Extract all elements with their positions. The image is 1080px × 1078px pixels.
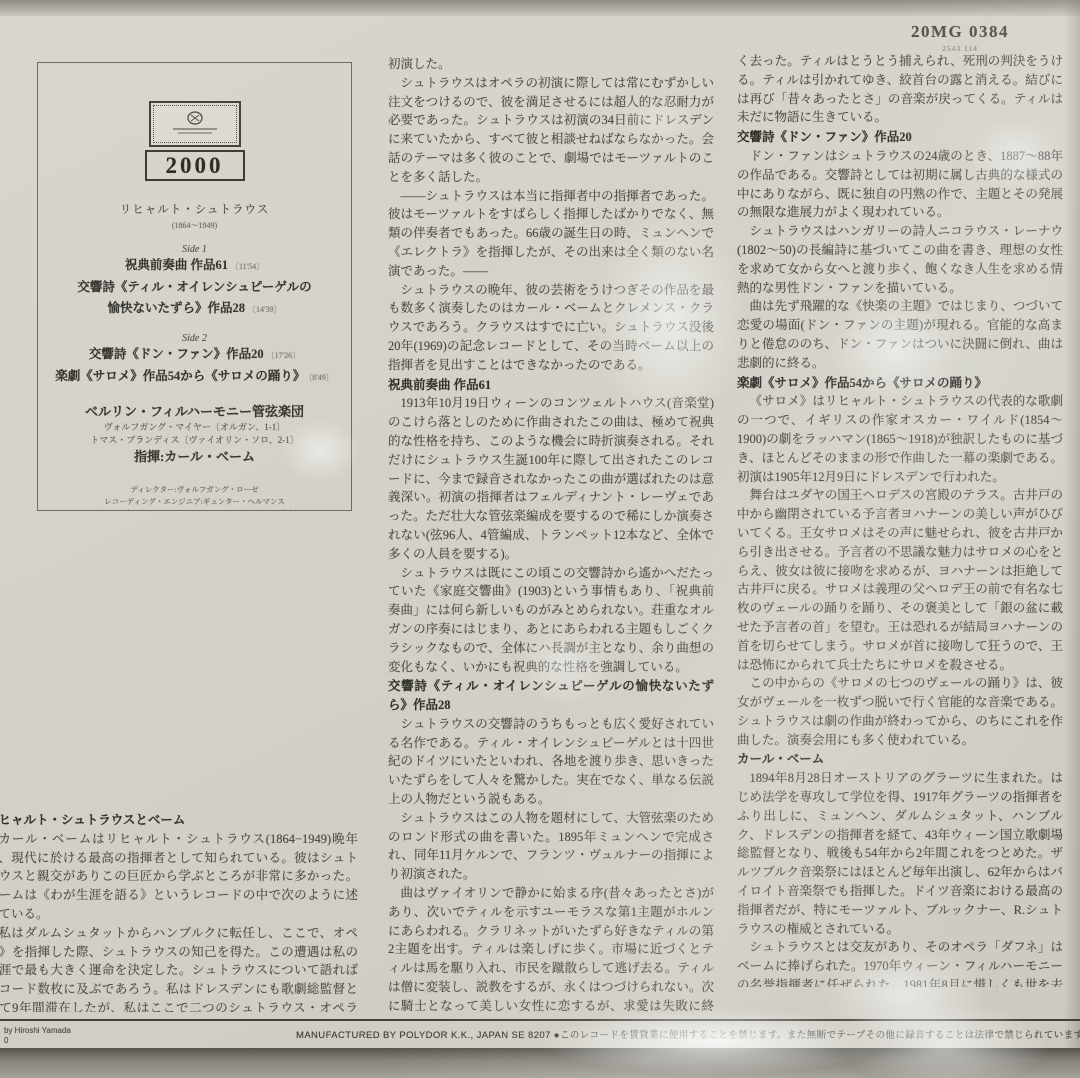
performer-list: ベルリン・フィルハーモニー管弦楽団ヴォルフガング・マイヤー〔オルガン、1-1〕ト… <box>38 402 351 466</box>
liner-notes-line: リヒャルト・シュトラウスとベーム <box>0 810 358 830</box>
liner-notes-line: 初演した。 <box>388 55 714 74</box>
performer-line: ベルリン・フィルハーモニー管弦楽団 <box>38 402 351 421</box>
liner-notes-line: 曲はヴァイオリンで静かに始まる序(昔々あったとさ)があり、次いでティルを示すユー… <box>388 884 714 1012</box>
track-title: 愉快ないたずら》作品28〔14'39〕 <box>38 298 351 320</box>
record-back-cover: 20MG 0384 2543 114 2000 <box>0 0 1080 1078</box>
liner-notes-line: ——シュトラウスは本当に指揮者中の指揮者であった。彼はモーツァルトをすばらしく指… <box>388 187 714 281</box>
liner-notes-column-middle: 初演した。シュトラウスはオペラの初演に際しては常にむずかしい注文をつけるので、彼… <box>388 55 714 1012</box>
track-title: 祝典前奏曲 作品61〔11'54〕 <box>38 255 351 277</box>
liner-notes-line: 交響詩《ティル・オイレンシュピーゲルの愉快ないたずら》作品28 <box>388 676 714 715</box>
credit-line: ディレクター:ヴォルフガング・ローゼ <box>38 484 351 496</box>
liner-notes-line: 祝典前奏曲 作品61 <box>388 375 714 395</box>
liner-notes-line: 1913年10月19日ウィーンのコンツェルトハウス(音楽堂)のこけら落としのため… <box>388 394 714 563</box>
liner-notes-line: シュトラウスとは交友があり、そのオペラ「ダフネ」はベームに捧げられた。1970年… <box>737 938 1063 987</box>
catalog-block: 20MG 0384 2543 114 <box>880 22 1040 53</box>
liner-notes-line: 曲は先ず飛躍的な《快楽の主題》ではじまり、つづいて恋愛の場面(ドン・ファンの主題… <box>737 297 1063 372</box>
credit-line: レコーディング・エンジニア:ギュンター・ヘルマンス <box>38 496 351 508</box>
liner-notes-line: 私はダルムシュタットからハンブルクに転任し、ここで、オペラ》を指揮した際、シュト… <box>0 924 358 1012</box>
liner-notes-line: ドン・ファンはシュトラウスの24歳のとき、1887〜88年の作品である。交響詩と… <box>737 147 1063 222</box>
credit-line: 録音:1963年4月29〜30日、ベルリン、イエス・キリスト教会 <box>38 508 351 511</box>
sleeve-bottom-edge <box>0 1048 1080 1078</box>
dg-emblem-icon <box>153 105 237 143</box>
printed-content: 20MG 0384 2543 114 2000 <box>0 0 1080 1078</box>
footer-divider-rule <box>0 1019 1080 1021</box>
liner-notes-line: シュトラウスはハンガリーの詩人ニコラウス・レーナウ(1802〜50)の長編詩に基… <box>737 222 1063 297</box>
liner-notes-line: シュトラウスはオペラの初演に際しては常にむずかしい注文をつけるので、彼を満足させ… <box>388 74 714 187</box>
liner-notes-column-right: く去った。ティルはとうとう捕えられ、死刑の判決をうける。ティルは引かれてゆき、絞… <box>737 52 1063 987</box>
artist-name: リヒャルト・シュトラウス <box>38 201 351 217</box>
liner-notes-line: 交響詩《ドン・ファン》作品20 <box>737 127 1063 147</box>
liner-notes-line: カール・ベーム <box>737 749 1063 769</box>
liner-notes-line: シュトラウスはこの人物を題材にして、大管弦楽のためのロンド形式の曲を書いた。18… <box>388 809 714 884</box>
liner-notes-line: 楽劇《サロメ》作品54から《サロメの踊り》 <box>737 373 1063 393</box>
series-2000-mark: 2000 <box>145 150 245 181</box>
liner-notes-line: シュトラウスは既にこの頃この交響詩から遙かへだたっていた《家庭交響曲》(1903… <box>388 564 714 677</box>
liner-notes-line: く去った。ティルはとうとう捕えられ、死刑の判決をうける。ティルは引かれてゆき、絞… <box>737 52 1063 127</box>
liner-notes-line: 《サロメ》はリヒャルト・シュトラウスの代表的な歌劇の一つで、イギリスの作家オスカ… <box>737 392 1063 486</box>
side1-label: Side 1 <box>38 244 351 255</box>
track-title: 交響詩《ティル・オイレンシュピーゲルの <box>38 277 351 298</box>
footer-credit-line: by Hiroshi Yamada <box>4 1026 234 1036</box>
side2-label: Side 2 <box>38 333 351 344</box>
liner-notes-line: 舞台はユダヤの国王ヘロデスの宮殿のテラス。古井戸の中から幽閉されている予言者ヨハ… <box>737 486 1063 674</box>
performer-line: 指揮:カール・ベーム <box>38 447 351 466</box>
side1-track-list: 祝典前奏曲 作品61〔11'54〕交響詩《ティル・オイレンシュピーゲルの愉快ない… <box>38 255 351 320</box>
production-credits: ディレクター:ヴォルフガング・ローゼレコーディング・エンジニア:ギュンター・ヘル… <box>38 484 351 511</box>
liner-notes-line: カール・ベームはリヒャルト・シュトラウス(1864−1949)晩年の、現代に於け… <box>0 830 358 924</box>
liner-notes-line: 1894年8月28日オーストリアのグラーツに生まれた。はじめ法学を専攻して学位を… <box>737 769 1063 938</box>
footer-credit-line: 0 <box>4 1036 234 1046</box>
deutsche-grammophon-cartouche <box>149 101 241 147</box>
liner-notes-line: この中からの《サロメの七つのヴェールの踊り》は、彼女がヴェールを一枚ずつ脱いで行… <box>737 674 1063 749</box>
label-logo: 2000 <box>38 101 351 181</box>
performer-line: ヴォルフガング・マイヤー〔オルガン、1-1〕 <box>38 421 351 434</box>
manufactured-line: MANUFACTURED BY POLYDOR K.K., JAPAN SE 8… <box>296 1027 1080 1041</box>
tracklist-box: 2000 リヒャルト・シュトラウス (1864〜1949) Side 1 祝典前… <box>37 62 352 511</box>
liner-notes-line: シュトラウスの晩年、彼の芸術をうけつぎその作品を最も数多く演奏したのはカール・ベ… <box>388 281 714 375</box>
track-title: 楽劇《サロメ》作品54から《サロメの踊り》〔8'49〕 <box>38 366 351 388</box>
track-title: 交響詩《ドン・ファン》作品20〔17'26〕 <box>38 344 351 366</box>
artist-dates: (1864〜1949) <box>38 220 351 231</box>
footer-credit: by Hiroshi Yamada 0 <box>4 1026 234 1046</box>
liner-notes-column-left: リヒャルト・シュトラウスとベームカール・ベームはリヒャルト・シュトラウス(186… <box>0 810 358 1012</box>
performer-line: トマス・ブランディス〔ヴァイオリン・ソロ、2-1〕 <box>38 434 351 447</box>
side2-track-list: 交響詩《ドン・ファン》作品20〔17'26〕楽劇《サロメ》作品54から《サロメの… <box>38 344 351 388</box>
liner-notes-line: シュトラウスの交響詩のうちもっとも広く愛好されている名作である。ティル・オイレン… <box>388 715 714 809</box>
catalog-number: 20MG 0384 <box>880 22 1040 42</box>
